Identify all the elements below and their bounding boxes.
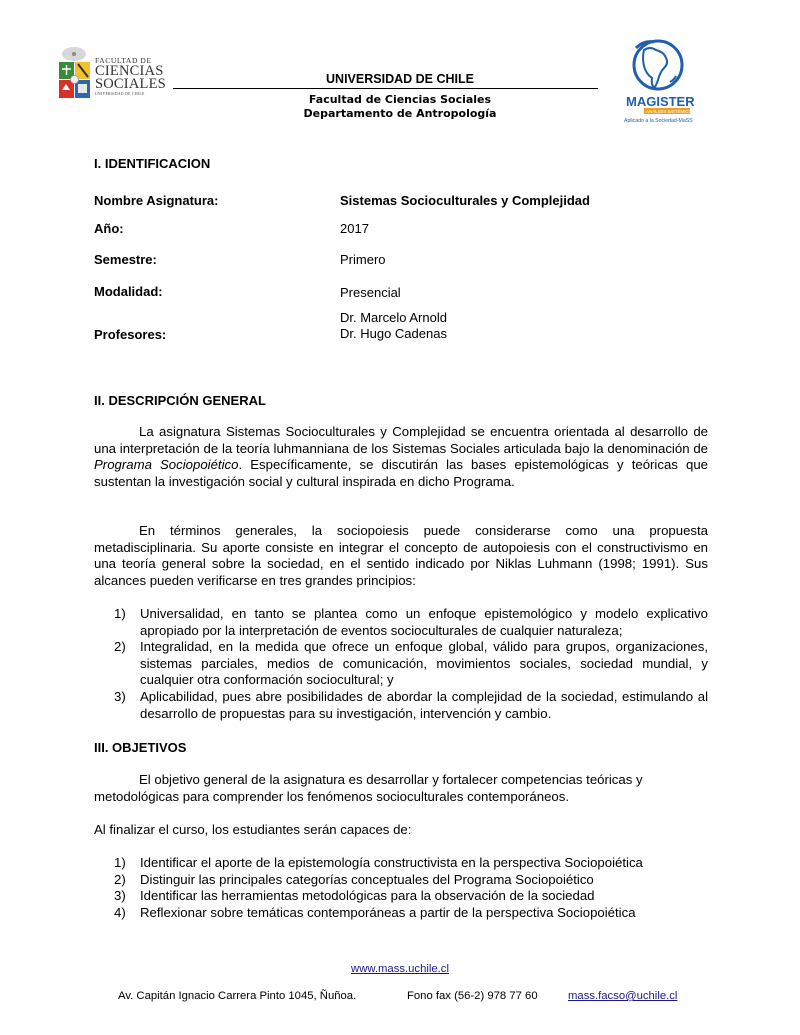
value-profesor-1: Dr. Marcelo Arnold: [340, 310, 447, 325]
label-ano: Año:: [94, 221, 124, 236]
svg-text:ANÁLISIS SISTÉMICO: ANÁLISIS SISTÉMICO: [646, 108, 693, 114]
value-profesor-2: Dr. Hugo Cadenas: [340, 326, 447, 341]
objetivos-list: 1)Identificar el aporte de la epistemolo…: [114, 855, 708, 921]
email-link[interactable]: mass.facso@uchile.cl: [568, 990, 677, 1002]
magister-mass-logo: MAGISTER ANÁLISIS SISTÉMICO Aplicado a l…: [622, 38, 694, 126]
principles-list: 1)Universalidad, en tanto se plantea com…: [114, 606, 708, 722]
label-nombre-asignatura: Nombre Asignatura:: [94, 193, 218, 208]
value-modalidad: Presencial: [340, 285, 401, 300]
descripcion-paragraph-2: En términos generales, la sociopoiesis p…: [94, 523, 708, 589]
svg-text:Aplicado a la Sociedad-MaSS: Aplicado a la Sociedad-MaSS: [624, 118, 693, 124]
objetivos-intro: Al finalizar el curso, los estudiantes s…: [94, 822, 708, 839]
label-modalidad: Modalidad:: [94, 284, 163, 299]
footer-phone: Fono fax (56-2) 978 77 60: [407, 990, 538, 1002]
descripcion-paragraph-1: La asignatura Sistemas Socioculturales y…: [94, 424, 708, 490]
list-item: 2)Integralidad, en la medida que ofrece …: [114, 639, 708, 689]
list-item: 3)Aplicabilidad, pues abre posibilidades…: [114, 689, 708, 722]
list-item: 4)Reflexionar sobre temáticas contemporá…: [114, 905, 708, 922]
header-divider: [173, 88, 598, 89]
list-item: 1)Universalidad, en tanto se plantea com…: [114, 606, 708, 639]
label-profesores: Profesores:: [94, 327, 166, 342]
objetivo-general: El objetivo general de la asignatura es …: [94, 772, 708, 805]
value-ano: 2017: [340, 221, 369, 236]
website-link[interactable]: www.mass.uchile.cl: [351, 963, 449, 975]
section-heading-identificacion: I. IDENTIFICACION: [94, 156, 210, 171]
svg-text:MAGISTER: MAGISTER: [626, 94, 694, 109]
value-nombre-asignatura: Sistemas Socioculturales y Complejidad: [340, 193, 590, 208]
list-item: 3)Identificar las herramientas metodológ…: [114, 888, 708, 905]
section-heading-descripcion: II. DESCRIPCIÓN GENERAL: [94, 393, 266, 408]
globe-americas-icon: MAGISTER ANÁLISIS SISTÉMICO Aplicado a l…: [622, 38, 694, 126]
section-heading-objetivos: III. OBJETIVOS: [94, 740, 186, 755]
programa-sociopoietico-emphasis: Programa Sociopoiético: [94, 457, 238, 472]
label-semestre: Semestre:: [94, 252, 157, 267]
list-item: 1)Identificar el aporte de la epistemolo…: [114, 855, 708, 872]
footer-address: Av. Capitán Ignacio Carrera Pinto 1045, …: [118, 990, 356, 1002]
list-item: 2)Distinguir las principales categorías …: [114, 872, 708, 889]
value-semestre: Primero: [340, 252, 386, 267]
